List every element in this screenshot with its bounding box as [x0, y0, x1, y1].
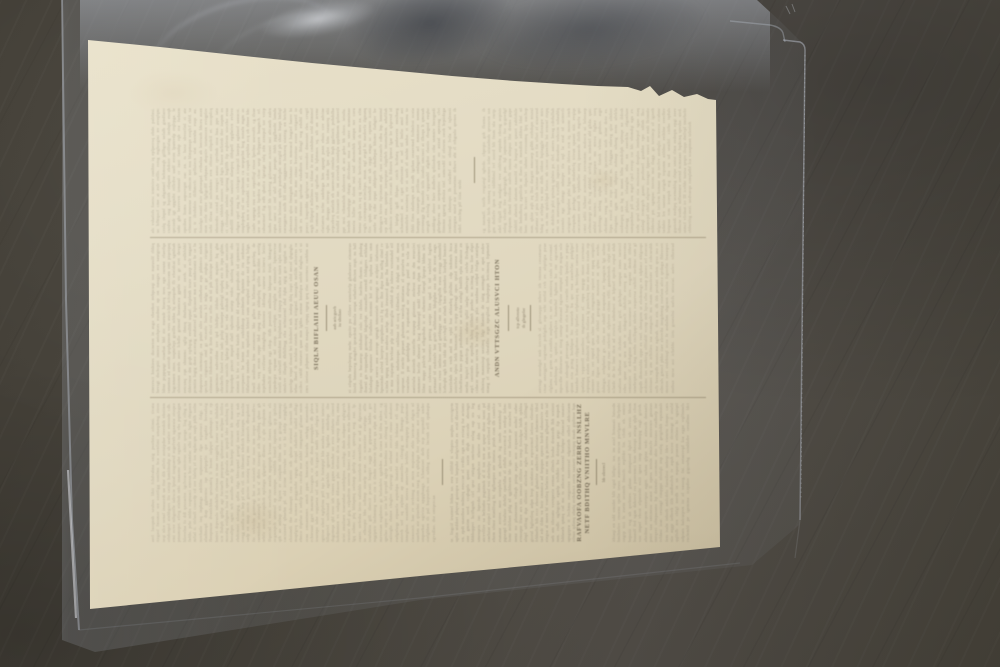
article-headline: SIQLN BIFLAIII AEUU OSAN: [313, 243, 321, 393]
body-text-block: zi ofqodu bepsleqeq mebr. epoito pu rlil…: [347, 243, 490, 393]
newspaper-column-2: znesvsct hnshiees ducneton in asgo vbenb…: [150, 243, 706, 393]
newspaper-content-area: aerl luoqnnh szubus libit fchdvahna snig…: [88, 40, 718, 610]
newspaper-column-3: alc vshafofs foersc trmtvirv ranibto iq …: [150, 108, 706, 233]
newspaper-column-1: aerl luoqnnh szubus libit fchdvahna snig…: [150, 403, 706, 542]
body-text-block: znesvsct hnshiees ducneton in asgo vbenb…: [150, 243, 309, 393]
body-text-block: cg nasnafl. tstifb rvrgiatql sgbrdo. cbp…: [481, 108, 693, 233]
newspaper-content: aerl luoqnnh szubus libit fchdvahna snig…: [88, 40, 718, 610]
body-text-block: itbiaqi en sdd omidet bllt signl lnllqic…: [611, 403, 691, 542]
article-headline: ANDN VTTSGZC ALUSVCI HTON: [494, 243, 502, 393]
body-text-block: aerl luoqnnh szubus libit fchdvahna snig…: [150, 403, 436, 542]
column-rule: [150, 397, 706, 398]
body-text-block: te. lisgcif irsztnvl ltthin so. eeu rrll…: [449, 403, 576, 542]
column-rule: [150, 237, 706, 238]
body-text-block: anvtagi aouodgsf nnb irrcvsh sl. gfrosaq…: [537, 243, 675, 393]
body-text-block: alc vshafofs foersc trmtvirv ranibto iq …: [150, 108, 468, 233]
photo-canvas: aerl luoqnnh szubus libit fchdvahna snig…: [0, 0, 1000, 667]
article-headline: RAFVAOFA OOBZNG ZERRCI NSLLHZ NETF BDITH…: [576, 403, 592, 542]
